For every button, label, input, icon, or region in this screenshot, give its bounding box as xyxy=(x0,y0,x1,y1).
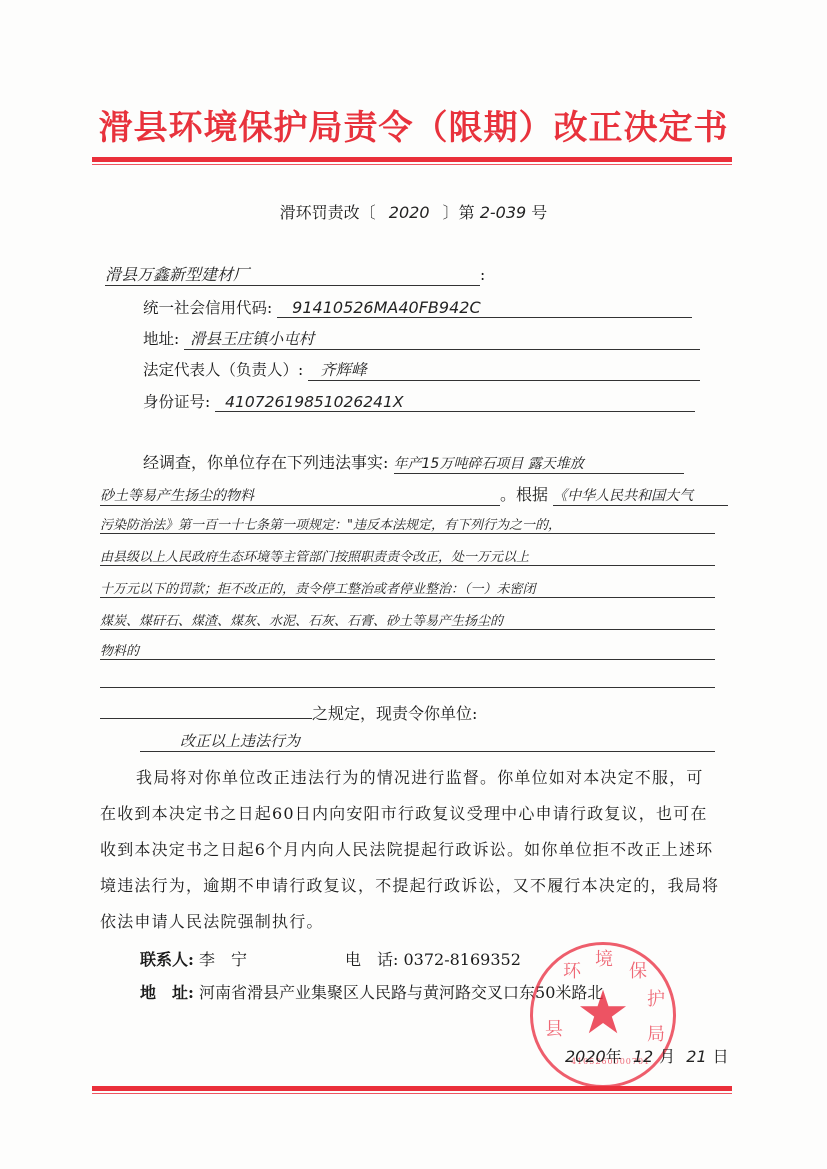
doc-year: 2020 xyxy=(381,203,438,222)
basis-line-2: 污染防治法》第一百一十七条第一项规定："违反本法规定，有下列行为之一的， xyxy=(100,514,715,534)
id-label: 身份证号: xyxy=(143,393,210,411)
contact-phone-row: 电 话: 0372-8169352 xyxy=(345,947,521,970)
credit-code-value: 91410526MA40FB942C xyxy=(277,298,692,318)
notice-paragraph: 我局将对你单位改正违法行为的情况进行监督。你单位如对本决定不服，可在收到本决定书… xyxy=(100,760,720,940)
facts-line-2-row: 砂土等易产生扬尘的物料。根据 《中华人民共和国大气 xyxy=(100,482,728,506)
address-row: 地址: 滑县王庄镇小屯村 xyxy=(143,327,700,350)
issue-date: 2020年 12月 21日 xyxy=(565,1044,729,1067)
document-title: 滑县环境保护局责令（限期）改正决定书 xyxy=(0,100,827,149)
credit-code-row: 统一社会信用代码: 91410526MA40FB942C xyxy=(143,296,692,318)
bottom-red-rule xyxy=(92,1086,732,1094)
credit-code-label: 统一社会信用代码: xyxy=(143,299,272,317)
contact-phone: 0372-8169352 xyxy=(404,950,521,969)
fact-line-1: 年产15万吨碎石项目 露天堆放 xyxy=(394,453,684,474)
top-red-rule xyxy=(92,157,732,165)
regulation-row: 之规定，现责令你单位: xyxy=(100,700,477,724)
basis-line-1: 《中华人民共和国大气 xyxy=(553,485,728,506)
document-number: 滑环罚责改〔 2020 〕第 2-039 号 xyxy=(0,200,827,223)
basis-line-3: 由县级以上人民政府生态环境等主管部门按照职责责令改正，处一万元以上 xyxy=(100,546,715,566)
basis-line-6: 物料的 xyxy=(100,640,715,660)
regulation-suffix: 之规定，现责令你单位: xyxy=(312,704,477,723)
id-number-row: 身份证号: 41072619851026241X xyxy=(143,390,695,412)
recipient-name: 滑县万鑫新型建材厂 xyxy=(105,262,480,286)
basis-line-5: 煤炭、煤矸石、煤渣、煤灰、水泥、石灰、石膏、砂土等易产生扬尘的 xyxy=(100,610,715,630)
contact-person-row: 联系人: 李 宁 xyxy=(140,947,247,970)
facts-intro-row: 经调查，你单位存在下列违法事实: 年产15万吨碎石项目 露天堆放 xyxy=(143,450,684,474)
contact-person: 李 宁 xyxy=(199,950,247,969)
facts-intro: 经调查，你单位存在下列违法事实: xyxy=(143,453,388,472)
id-number-value: 41072619851026241X xyxy=(215,393,695,412)
address-value: 滑县王庄镇小屯村 xyxy=(184,327,700,350)
fact-line-2: 砂土等易产生扬尘的物料 xyxy=(100,485,500,506)
legal-rep-row: 法定代表人（负责人）: 齐辉峰 xyxy=(143,358,700,381)
legal-rep-label: 法定代表人（负责人）: xyxy=(143,361,303,379)
recipient-name-row: 滑县万鑫新型建材厂: xyxy=(105,262,485,286)
address-label: 地址: xyxy=(143,330,179,348)
blank-line xyxy=(100,687,715,688)
basis-line-4: 十万元以下的罚款；拒不改正的，责令停工整治或者停业整治：（一）未密闭 xyxy=(100,578,715,598)
order-text: 改正以上违法行为 xyxy=(140,730,715,752)
doc-number-value: 2-039 xyxy=(480,203,527,222)
legal-rep-value: 齐辉峰 xyxy=(308,358,700,381)
